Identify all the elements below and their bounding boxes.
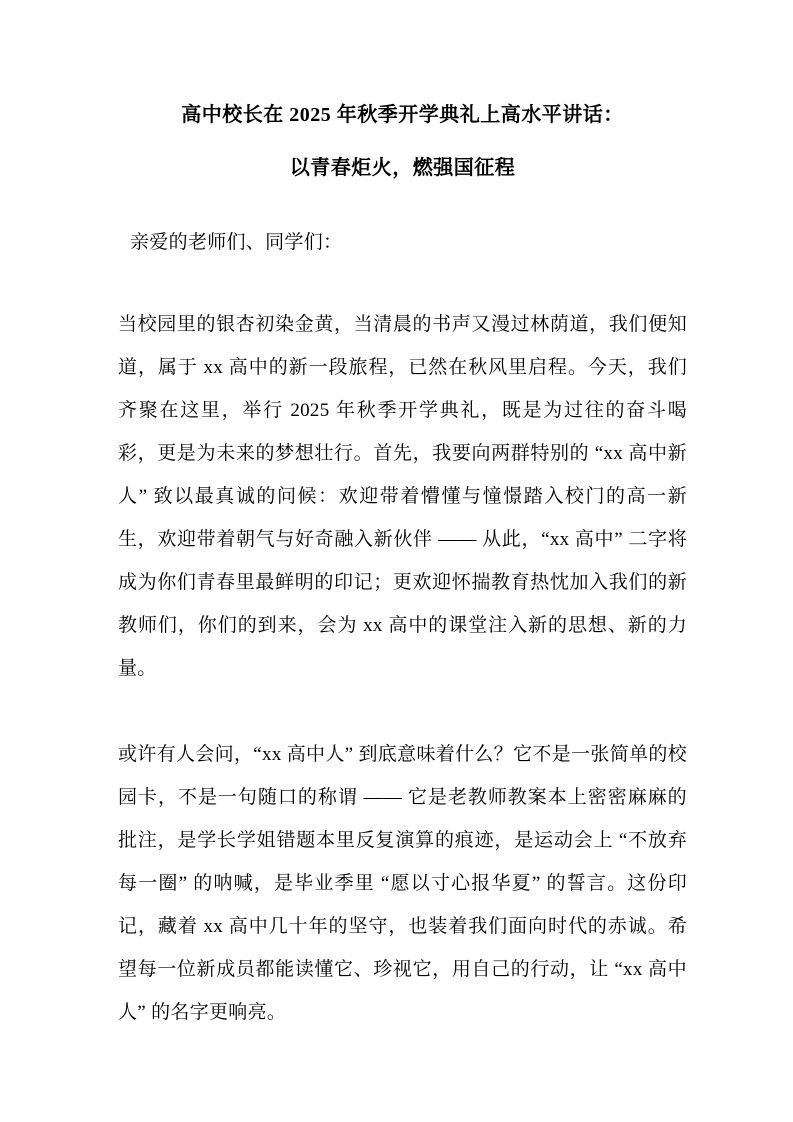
paragraph-1: 当校园里的银杏初染金黄，当清晨的书声又漫过林荫道，我们便知道，属于 xx 高中的…: [118, 303, 687, 690]
document-page: 高中校长在 2025 年秋季开学典礼上高水平讲话： 以青春炬火，燃强国征程 亲爱…: [0, 0, 793, 1122]
title-line-2: 以青春炬火，燃强国征程: [118, 142, 687, 195]
paragraph-2: 或许有人会问，“xx 高中人” 到底意味着什么？它不是一张简单的校园卡，不是一句…: [118, 733, 687, 1034]
title-line-1: 高中校长在 2025 年秋季开学典礼上高水平讲话：: [118, 89, 687, 142]
salutation: 亲爱的老师们、同学们：: [118, 221, 687, 264]
document-title: 高中校长在 2025 年秋季开学典礼上高水平讲话： 以青春炬火，燃强国征程: [118, 89, 687, 195]
